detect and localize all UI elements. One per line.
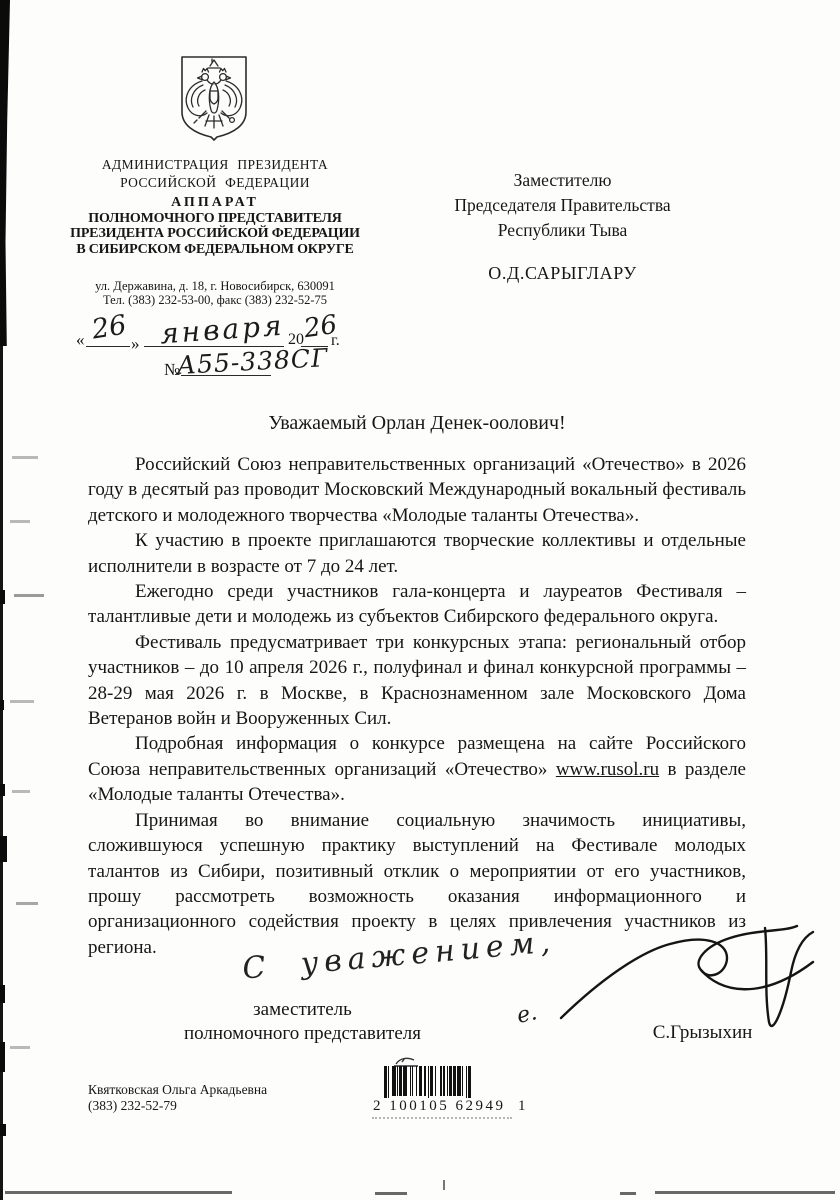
number-handwritten: А55-338СГ <box>176 343 329 380</box>
scan-tick <box>16 902 38 905</box>
scan-blob <box>0 836 7 862</box>
handwritten-mark: е. <box>515 1000 540 1029</box>
barcode-bar <box>388 1066 389 1098</box>
org-name-line3: ПРЕЗИДЕНТА РОССИЙСКОЙ ФЕДЕРАЦИИ <box>60 226 370 242</box>
org-address: ул. Державина, д. 18, г. Новосибирск, 63… <box>60 279 370 293</box>
scan-blob <box>0 784 5 796</box>
barcode-underline-artifact <box>372 1116 512 1119</box>
recipient-block: Заместителю Председателя Правительства Р… <box>420 168 705 243</box>
scan-blob <box>0 1124 6 1136</box>
barcode-bar <box>435 1066 436 1096</box>
signer-position-line2: полномочного представителя <box>150 1022 455 1046</box>
scan-bottom-line <box>5 1191 232 1194</box>
date-year-suffix: г. <box>331 332 340 350</box>
scan-bottom-line <box>655 1191 835 1194</box>
body-paragraph-4: Фестиваль предусматривает три конкурсных… <box>88 630 746 732</box>
scan-tick <box>10 1046 30 1049</box>
scan-tick <box>10 700 34 703</box>
barcode-bar <box>462 1066 463 1096</box>
body-paragraph-3: Ежегодно среди участников гала-концерта … <box>88 579 746 630</box>
signer-position: заместитель полномочного представителя <box>150 998 455 1046</box>
scan-tick <box>14 594 44 597</box>
scan-tick <box>12 790 30 793</box>
scan-tick <box>12 456 38 459</box>
executor-contact: Квятковская Ольга Аркадьевна (383) 232-5… <box>88 1082 267 1113</box>
scan-blob <box>0 700 4 710</box>
org-top-line1: АДМИНИСТРАЦИЯ ПРЕЗИДЕНТА <box>60 156 370 174</box>
barcode-bar <box>419 1066 423 1096</box>
recipient-line3: Республики Тыва <box>420 218 705 243</box>
barcode-bar <box>416 1066 417 1096</box>
executor-name: Квятковская Ольга Аркадьевна <box>88 1082 267 1098</box>
signer-name: С.Грызыхин <box>625 1022 780 1044</box>
scanned-letter-page: АДМИНИСТРАЦИЯ ПРЕЗИДЕНТА РОССИЙСКОЙ ФЕДЕ… <box>0 0 840 1200</box>
barcode-bar <box>468 1066 471 1098</box>
recipient-line1: Заместителю <box>420 168 705 193</box>
barcode-bar <box>449 1066 452 1096</box>
russian-coat-of-arms-icon <box>176 54 252 142</box>
barcode-bar <box>457 1066 461 1096</box>
scan-speck <box>443 1180 445 1190</box>
recipient-line2: Председателя Правительства <box>420 193 705 218</box>
barcode-bar <box>392 1066 396 1096</box>
barcode-bar <box>412 1066 413 1096</box>
org-phone: Тел. (383) 232-53-00, факс (383) 232-52-… <box>60 293 370 307</box>
barcode-bar <box>447 1066 448 1096</box>
recipient-name: О.Д.САРЫГЛАРУ <box>420 263 705 284</box>
letterhead-org-top: АДМИНИСТРАЦИЯ ПРЕЗИДЕНТА РОССИЙСКОЙ ФЕДЕ… <box>60 156 370 191</box>
date-day-handwritten: 26 <box>90 310 129 346</box>
salutation: Уважаемый Орлан Денек-оолович! <box>88 412 746 435</box>
org-top-line2: РОССИЙСКОЙ ФЕДЕРАЦИИ <box>60 174 370 192</box>
barcode-bar <box>410 1066 411 1096</box>
letter-body: Российский Союз неправительственных орга… <box>88 452 746 960</box>
barcode-bar <box>453 1066 456 1096</box>
date-open-quote: « <box>76 330 85 350</box>
org-name-line2: ПОЛНОМОЧНОГО ПРЕДСТАВИТЕЛЯ <box>60 211 370 227</box>
scan-blob <box>0 590 5 604</box>
barcode-bar <box>397 1066 398 1096</box>
website-link: www.rusol.ru <box>556 759 659 780</box>
barcode-bar <box>440 1066 441 1096</box>
barcode-bar <box>403 1066 407 1096</box>
barcode-bar <box>424 1066 427 1096</box>
scan-tick <box>10 520 30 523</box>
scan-bottom-line <box>375 1192 407 1195</box>
scan-blob <box>0 985 5 1003</box>
letterhead-org-name: АППАРАТ ПОЛНОМОЧНОГО ПРЕДСТАВИТЕЛЯ ПРЕЗИ… <box>60 195 370 257</box>
body-paragraph-1: Российский Союз неправительственных орга… <box>88 452 746 528</box>
executor-phone: (383) 232-52-79 <box>88 1098 267 1114</box>
barcode-bar <box>384 1066 387 1098</box>
barcode-bar <box>430 1066 433 1096</box>
letterhead-contacts: ул. Державина, д. 18, г. Новосибирск, 63… <box>60 279 370 307</box>
body-paragraph-2: К участию в проекте приглашаются творчес… <box>88 528 746 579</box>
barcode <box>384 1066 494 1098</box>
barcode-digits: 2 100105 62949 1 <box>373 1098 513 1115</box>
scan-blob <box>0 1042 5 1072</box>
date-close-quote: » <box>131 334 140 354</box>
barcode-bar <box>428 1066 429 1098</box>
scan-bottom-line <box>620 1192 636 1195</box>
org-name-line4: В СИБИРСКОМ ФЕДЕРАЛЬНОМ ОКРУГЕ <box>60 242 370 258</box>
barcode-bar <box>443 1066 446 1096</box>
org-name-line1: АППАРАТ <box>60 195 370 211</box>
scan-edge-artifact-top <box>0 0 10 346</box>
barcode-bar <box>399 1066 402 1096</box>
body-paragraph-5: Подробная информация о конкурсе размещен… <box>88 731 746 807</box>
signer-position-line1: заместитель <box>150 998 455 1022</box>
barcode-bar <box>466 1066 467 1098</box>
